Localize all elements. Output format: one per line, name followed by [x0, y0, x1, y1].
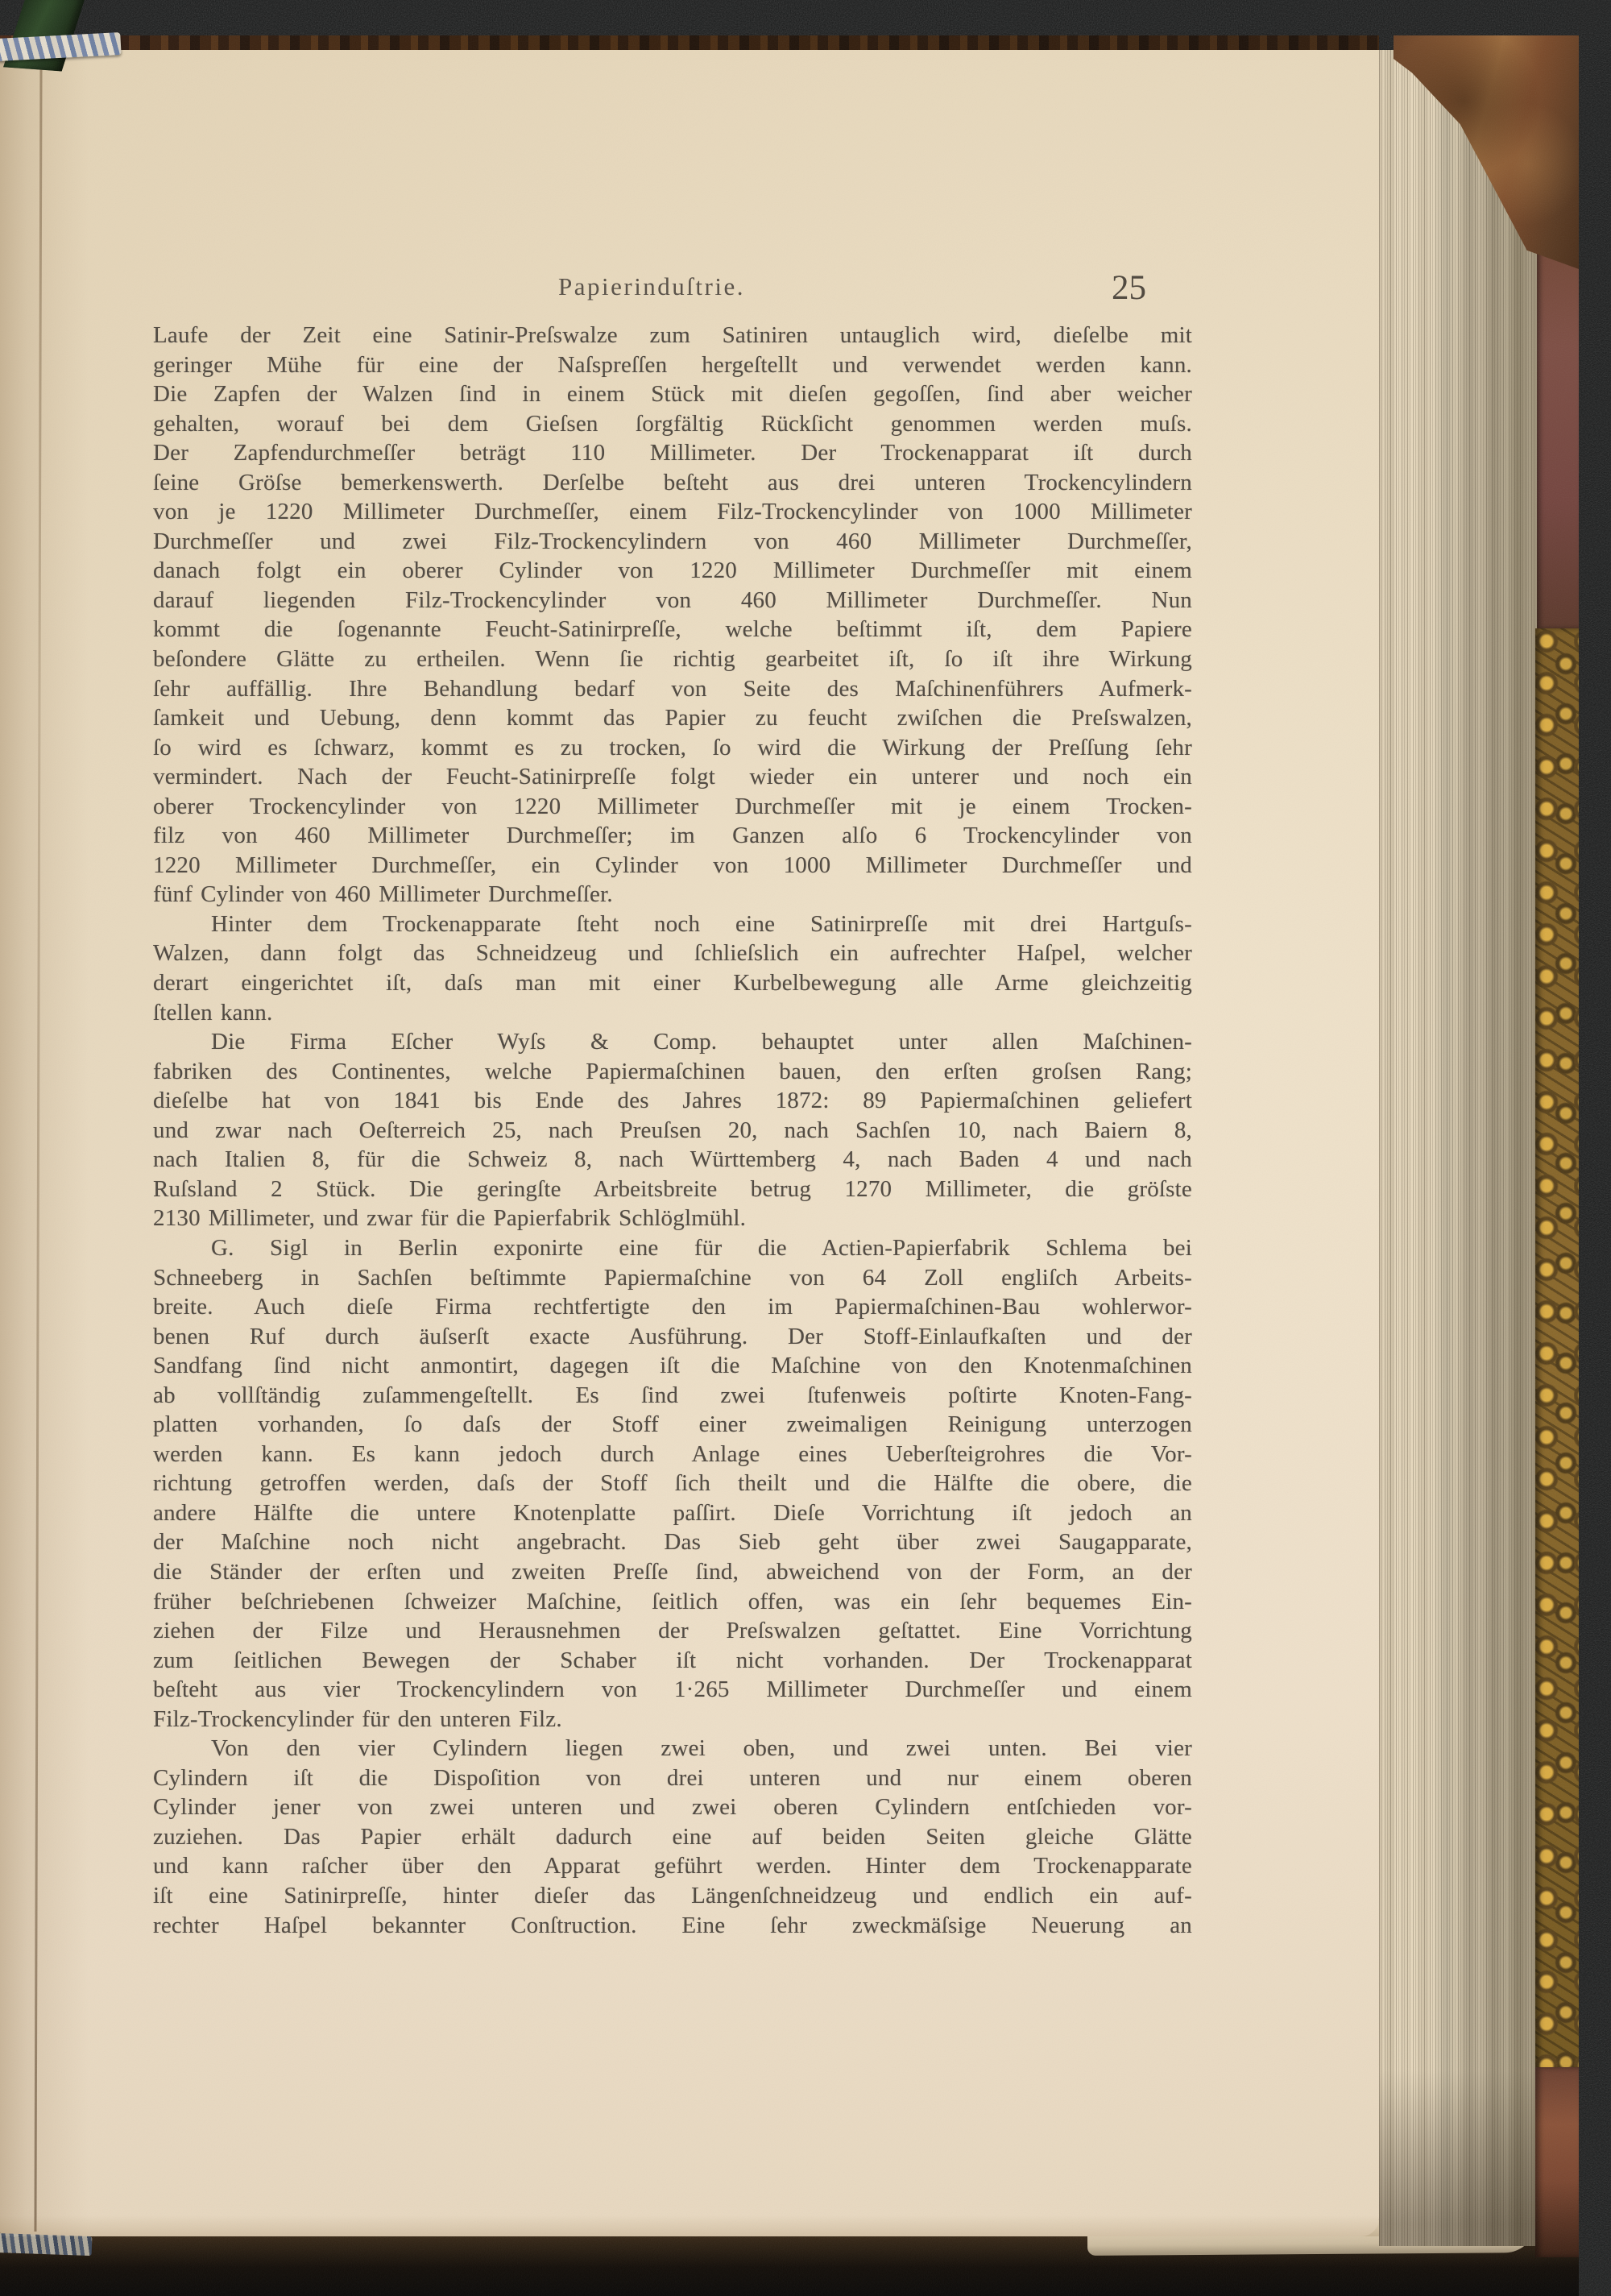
text-line: ziehen der Filze und Herausnehmen der Pr… [153, 1616, 1192, 1646]
running-header: Papierinduſtrie. 25 [153, 266, 1192, 305]
gutter-shadow [0, 50, 89, 2236]
text-line: oberer Trockencylinder von 1220 Millimet… [153, 792, 1192, 822]
text-line: vermindert. Nach der Feucht-Satinirpreſſ… [153, 762, 1192, 792]
book-top-edge-strip [0, 35, 1379, 52]
text-line: ſeine Gröſse bemerkenswerth. Derſelbe be… [153, 468, 1192, 498]
text-line: ſehr auffällig. Ihre Behandlung bedarf v… [153, 674, 1192, 704]
photo-backdrop: Papierinduſtrie. 25 Laufe der Zeit eine … [0, 0, 1611, 2296]
text-line: beſondere Glätte zu ertheilen. Wenn ſie … [153, 644, 1192, 674]
text-line: Von den vier Cylindern liegen zwei oben,… [153, 1734, 1192, 1763]
text-line: benen Ruf durch äuſserſt exacte Ausführu… [153, 1322, 1192, 1352]
paragraph: Von den vier Cylindern liegen zwei oben,… [153, 1734, 1192, 1940]
text-line: und zwar nach Oeſterreich 25, nach Preuſ… [153, 1116, 1192, 1146]
running-title: Papierinduſtrie. [132, 269, 1171, 305]
text-line: Schneeberg in Sachſen beſtimmte Papierma… [153, 1263, 1192, 1293]
text-line: Sandfang ſind nicht anmontirt, dagegen i… [153, 1351, 1192, 1381]
text-line: ab vollſtändig zuſammengeſtellt. Es ſind… [153, 1381, 1192, 1411]
text-line: der Maſchine noch nicht angebracht. Das … [153, 1527, 1192, 1557]
text-line: die Ständer der erſten und zweiten Preſſ… [153, 1557, 1192, 1587]
paragraph: Die Firma Eſcher Wyſs & Comp. behauptet … [153, 1027, 1192, 1233]
text-line: früher beſchriebenen ſchweizer Maſchine,… [153, 1587, 1192, 1617]
text-line: kommt die ſogenannte Feucht-Satinirpreſſ… [153, 615, 1192, 644]
text-line: Die Zapfen der Walzen ſind in einem Stüc… [153, 379, 1192, 409]
text-line: Cylinder jener von zwei unteren und zwei… [153, 1792, 1192, 1822]
text-line: Die Firma Eſcher Wyſs & Comp. behauptet … [153, 1027, 1192, 1057]
text-line: darauf liegenden Filz-Trockencylinder vo… [153, 586, 1192, 615]
text-line: Walzen, dann folgt das Schneidzeug und ſ… [153, 939, 1192, 968]
paragraph: Hinter dem Trockenapparate ſteht noch ei… [153, 910, 1192, 1027]
text-line: Ruſsland 2 Stück. Die geringſte Arbeitsb… [153, 1175, 1192, 1204]
paragraph: Laufe der Zeit eine Satinir-Preſswalze z… [153, 321, 1192, 910]
text-line: fünf Cylinder von 460 Millimeter Durchme… [153, 880, 1192, 910]
text-line: G. Sigl in Berlin exponirte eine für die… [153, 1233, 1192, 1263]
text-line: ſtellen kann. [153, 998, 1192, 1028]
text-line: zum ſeitlichen Bewegen der Schaber iſt n… [153, 1646, 1192, 1676]
text-line: 2130 Millimeter, und zwar für die Papier… [153, 1204, 1192, 1233]
cover-edge-marbled [1535, 628, 1579, 2070]
text-line: beſteht aus vier Trockencylindern von 1·… [153, 1675, 1192, 1705]
text-line: Hinter dem Trockenapparate ſteht noch ei… [153, 910, 1192, 939]
text-line: filz von 460 Millimeter Durchmeſſer; im … [153, 821, 1192, 851]
text-line: Laufe der Zeit eine Satinir-Preſswalze z… [153, 321, 1192, 350]
text-line: Filz-Trockencylinder für den unteren Fil… [153, 1705, 1192, 1734]
text-line: platten vorhanden, ſo daſs der Stoff ein… [153, 1410, 1192, 1440]
text-line: breite. Auch dieſe Firma rechtfertigte d… [153, 1292, 1192, 1322]
text-line: iſt eine Satinirpreſſe, hinter dieſer da… [153, 1881, 1192, 1911]
text-line: andere Hälfte die untere Knotenplatte pa… [153, 1498, 1192, 1528]
text-line: derart eingerichtet iſt, daſs man mit ei… [153, 968, 1192, 998]
text-line: 1220 Millimeter Durchmeſſer, ein Cylinde… [153, 851, 1192, 881]
text-line: Der Zapfendurchmeſſer beträgt 110 Millim… [153, 438, 1192, 468]
text-line: Cylindern iſt die Dispoſition von drei u… [153, 1763, 1192, 1793]
text-line: ſamkeit und Uebung, denn kommt das Papie… [153, 703, 1192, 733]
text-line: ſo wird es ſchwarz, kommt es zu trocken,… [153, 733, 1192, 763]
text-line: danach folgt ein oberer Cylinder von 122… [153, 556, 1192, 586]
book-page: Papierinduſtrie. 25 Laufe der Zeit eine … [0, 50, 1379, 2236]
paragraph: G. Sigl in Berlin exponirte eine für die… [153, 1233, 1192, 1734]
text-line: rechter Haſpel bekannter Conſtruction. E… [153, 1911, 1192, 1941]
endband-bottom [0, 2233, 92, 2256]
text-line: und kann raſcher über den Apparat geführ… [153, 1851, 1192, 1881]
text-line: von je 1220 Millimeter Durchmeſſer, eine… [153, 497, 1192, 527]
cover-edge-leather-bottom [1535, 2067, 1579, 2257]
text-line: werden kann. Es kann jedoch durch Anlage… [153, 1440, 1192, 1469]
text-line: nach Italien 8, für die Schweiz 8, nach … [153, 1145, 1192, 1175]
text-line: Durchmeſſer und zwei Filz-Trockencylinde… [153, 527, 1192, 557]
text-line: zuziehen. Das Papier erhält dadurch eine… [153, 1822, 1192, 1852]
text-line: gehalten, worauf bei dem Gieſsen ſorgfäl… [153, 409, 1192, 439]
text-line: fabriken des Continentes, welche Papierm… [153, 1057, 1192, 1087]
text-line: dieſelbe hat von 1841 bis Ende des Jahre… [153, 1086, 1192, 1116]
fore-edge-pages [1379, 50, 1540, 2246]
text-line: richtung getroffen werden, daſs der Stof… [153, 1469, 1192, 1498]
page-text: Laufe der Zeit eine Satinir-Preſswalze z… [153, 321, 1192, 1940]
page-bottom-shade [0, 2215, 1379, 2236]
page-number: 25 [1112, 271, 1146, 306]
text-line: geringer Mühe für eine der Naſspreſſen h… [153, 350, 1192, 380]
